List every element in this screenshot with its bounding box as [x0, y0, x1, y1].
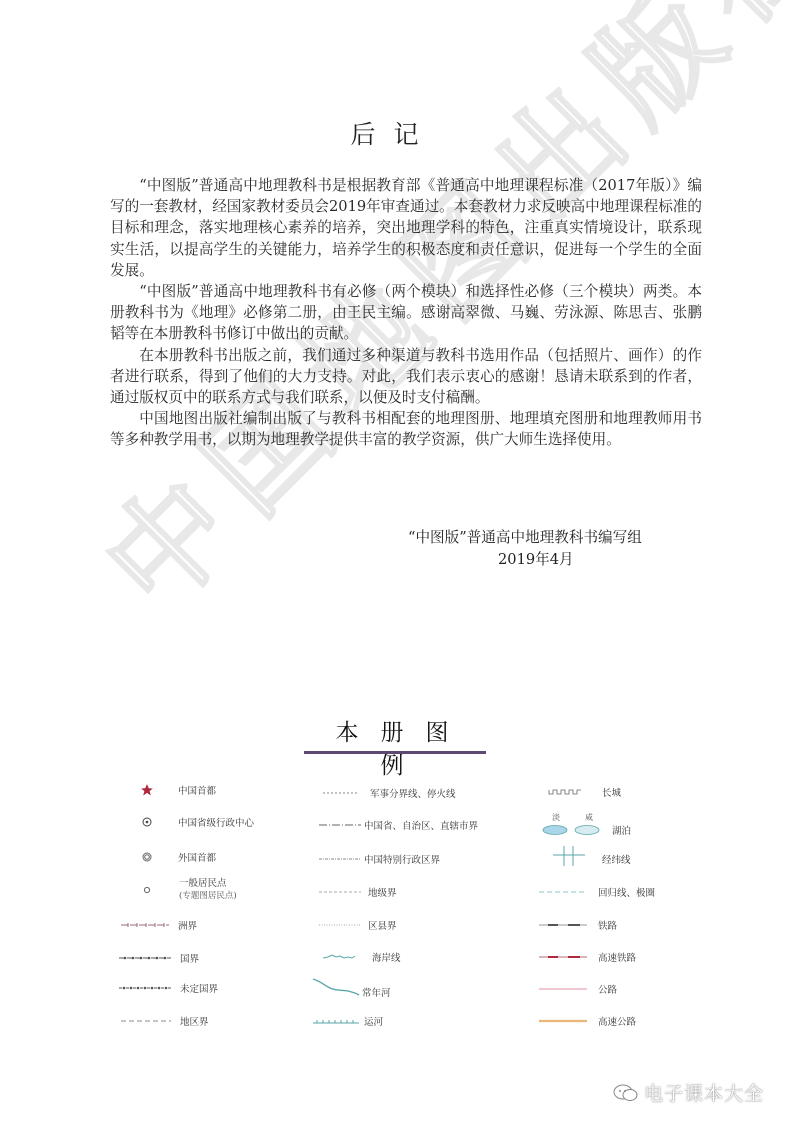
legend-item-settlement: 一般居民点 (专题图居民点)	[143, 877, 237, 903]
page-title: 后记	[0, 115, 787, 151]
legend-label: 地区界	[180, 1014, 209, 1028]
legend-item-railway: 铁路	[538, 918, 617, 932]
legend-item-national-boundary: 国界	[118, 951, 199, 965]
continent-boundary-line-icon	[120, 921, 170, 929]
legend-item-road: 公路	[538, 982, 617, 996]
legend-label: 高速铁路	[598, 950, 636, 964]
legend-item-undefined-boundary: 未定国界	[118, 981, 218, 995]
legend-label: 中国省、自治区、直辖市界	[364, 818, 478, 832]
salt-lake-label: 咸	[585, 812, 593, 823]
brand-text: 电子课本大全	[644, 1079, 764, 1106]
river-icon	[312, 977, 360, 997]
fresh-lake-label: 淡	[552, 812, 560, 823]
legend-item-foreign-capital: 外国首都	[142, 850, 216, 864]
paragraph: “中图版”普通高中地理教科书有必修（两个模块）和选择性必修（三个模块）两类。本册…	[110, 281, 702, 345]
legend-label: 外国首都	[178, 850, 216, 864]
dot-circle-icon	[142, 817, 152, 827]
legend-label: 中国首都	[178, 783, 216, 797]
legend-label: 中国省级行政中心	[178, 815, 254, 829]
legend-label: 铁路	[598, 918, 617, 932]
legend-sublabel: (专题图居民点)	[179, 890, 237, 903]
national-boundary-line-icon	[118, 954, 172, 962]
province-boundary-line-icon	[318, 821, 362, 829]
paragraph: 中国地图出版社编制出版了与教科书相配套的地理图册、地理填充图册和地理教师用书等多…	[110, 408, 702, 450]
expressway-icon	[538, 1017, 588, 1025]
undefined-boundary-line-icon	[118, 984, 172, 992]
legend-label: 中国特别行政区界	[364, 852, 440, 866]
legend-label: 常年河	[362, 985, 391, 999]
military-line-icon	[322, 789, 360, 797]
legend-label: 海岸线	[372, 950, 401, 964]
legend-label: 湖泊	[612, 823, 631, 837]
legend-label: 回归线、极圈	[598, 885, 655, 899]
legend-item-expressway: 高速公路	[538, 1014, 636, 1028]
legend-label: 军事分界线、停火线	[370, 786, 456, 800]
road-icon	[538, 985, 588, 993]
legend-item-county-boundary: 区县界	[318, 918, 397, 932]
railway-icon	[538, 921, 588, 929]
great-wall-icon	[548, 788, 582, 796]
legend-label: 国界	[180, 951, 199, 965]
legend-label: 运河	[364, 1014, 383, 1028]
legend-label: 区县界	[368, 918, 397, 932]
legend-item-province-boundary: 中国省、自治区、直辖市界	[318, 818, 478, 832]
legend-item-high-speed-railway: 高速铁路	[538, 950, 636, 964]
canal-icon	[312, 1017, 360, 1025]
legend-item-coastline: 海岸线	[322, 950, 401, 964]
signature: “中图版”普通高中地理教科书编写组	[408, 527, 642, 549]
legend-item-graticule: 经纬线	[552, 845, 631, 867]
legend-title-underline	[304, 751, 486, 754]
paragraph: 在本册教科书出版之前，我们通过多种渠道与教科书选用作品（包括照片、画作）的作者进…	[110, 345, 702, 409]
legend-item-prefecture-boundary: 地级界	[318, 885, 397, 899]
legend-item-continent-boundary: 洲界	[120, 918, 197, 932]
legend-title: 本册图例	[300, 714, 486, 780]
legend-item-capital: 中国首都	[140, 783, 216, 797]
legend-label: 长城	[602, 785, 621, 799]
sar-boundary-line-icon	[318, 855, 362, 863]
legend-item-military-line: 军事分界线、停火线	[322, 786, 456, 800]
legend-label: 高速公路	[598, 1014, 636, 1028]
legend-label: 未定国界	[180, 981, 218, 995]
legend-item-canal: 运河	[312, 1014, 383, 1028]
legend-item-tropic-line: 回归线、极圈	[538, 885, 655, 899]
coastline-icon	[322, 952, 356, 962]
small-circle-icon	[143, 886, 151, 894]
legend-label: 洲界	[178, 918, 197, 932]
signature-date: 2019年4月	[408, 549, 642, 571]
tropic-line-icon	[538, 888, 588, 896]
paragraph: “中图版”普通高中地理教科书是根据教育部《普通高中地理课程标准（2017年版）》…	[110, 175, 702, 281]
legend-item-river: 常年河	[312, 975, 391, 999]
high-speed-railway-icon	[538, 953, 588, 961]
legend-label: 经纬线	[602, 852, 631, 866]
legend-item-lakes: 淡 咸 湖泊	[542, 812, 631, 838]
signature-block: “中图版”普通高中地理教科书编写组 2019年4月	[408, 527, 642, 571]
legend-item-great-wall: 长城	[548, 785, 621, 799]
red-star-icon	[140, 783, 154, 797]
wechat-icon	[612, 1083, 638, 1103]
graticule-icon	[552, 845, 586, 867]
region-boundary-line-icon	[120, 1017, 172, 1025]
legend-item-sar-boundary: 中国特别行政区界	[318, 852, 440, 866]
legend-label: 公路	[598, 982, 617, 996]
legend-label: 地级界	[368, 885, 397, 899]
afterword-body: “中图版”普通高中地理教科书是根据教育部《普通高中地理课程标准（2017年版）》…	[110, 175, 702, 451]
legend-item-provincial-center: 中国省级行政中心	[142, 815, 254, 829]
lakes-icon: 淡 咸	[542, 812, 600, 838]
prefecture-boundary-line-icon	[318, 888, 362, 896]
double-circle-icon	[142, 852, 152, 862]
county-boundary-line-icon	[318, 921, 362, 929]
legend-label: 一般居民点	[179, 877, 237, 890]
legend-item-region-boundary: 地区界	[120, 1014, 209, 1028]
wechat-brand: 电子课本大全	[612, 1079, 764, 1106]
